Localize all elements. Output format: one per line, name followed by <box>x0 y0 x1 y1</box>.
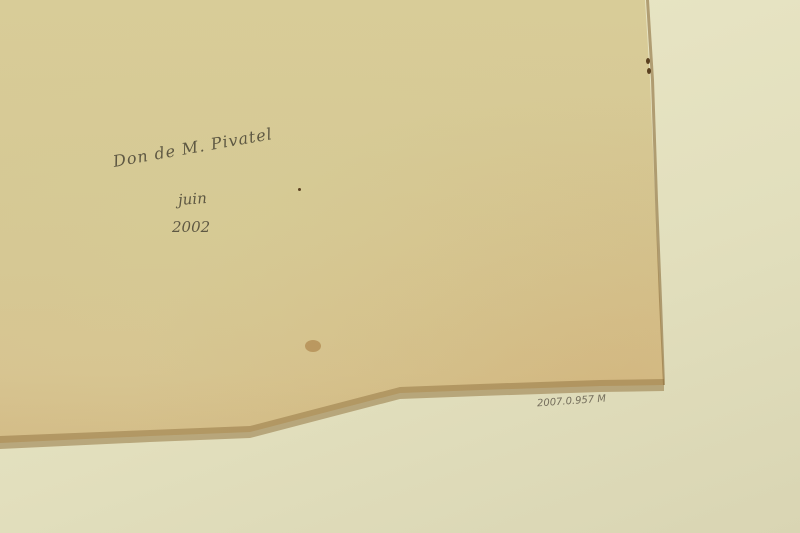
donation-month: juin <box>177 189 207 209</box>
edge-spot <box>646 58 650 64</box>
paper-stain <box>305 340 321 352</box>
donation-year: 2002 <box>172 218 210 236</box>
edge-spot <box>647 68 651 74</box>
paper-dot <box>298 188 301 191</box>
